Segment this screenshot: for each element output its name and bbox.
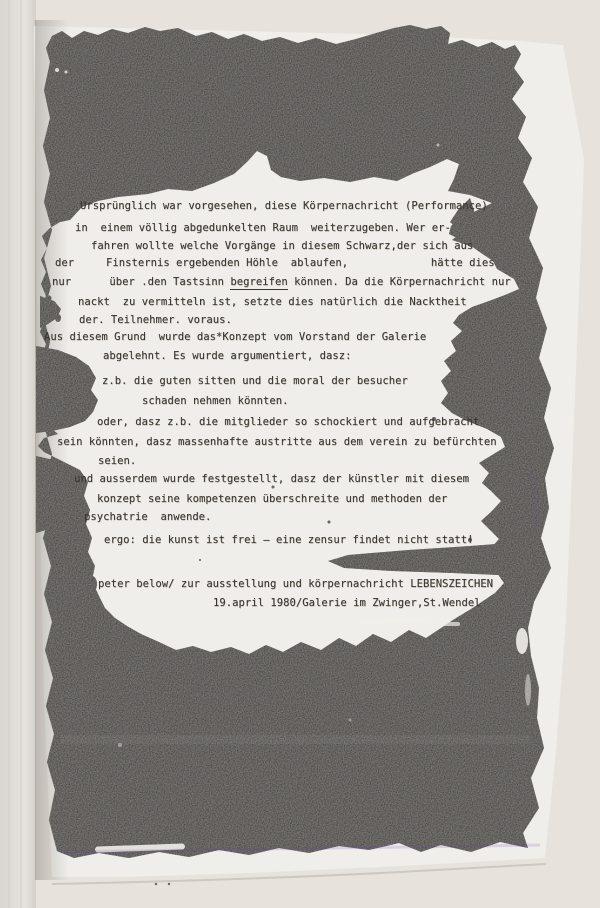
typewritten-line: Ursprünglich war vorgesehen, diese Körpe… — [80, 200, 488, 212]
typewritten-line: Aus diesem Grund wurde das*Konzept vom V… — [44, 331, 426, 343]
typewritten-line: fahren wollte welche Vorgänge in diesem … — [91, 240, 473, 252]
typewritten-line: abgelehnt. Es wurde argumentiert, dasz: — [103, 350, 352, 362]
typewritten-line: ergo: die kunst ist frei — eine zensur f… — [104, 534, 474, 546]
typewritten-line: oder, dasz z.b. die mitglieder so schock… — [97, 416, 479, 428]
typewritten-text-block: Ursprünglich war vorgesehen, diese Körpe… — [0, 0, 600, 908]
typewritten-line: psychatrie anwende. — [84, 511, 211, 523]
typewritten-line: konzept seine kompetenzen überschreite u… — [97, 493, 447, 505]
underlined-word: begreifen — [230, 276, 287, 290]
typewritten-line: peter below/ zur ausstellung und körpern… — [98, 578, 493, 590]
typewritten-line: z.b. die guten sitten und die moral der … — [102, 375, 408, 387]
typewritten-line: schaden nehmen könnten. — [142, 395, 289, 407]
typewritten-line: sein könnten, dasz massenhafte austritte… — [57, 436, 497, 448]
typewritten-line-segment: können. Da die Körpernachricht nur — [288, 276, 511, 288]
typewritten-line: der. Teilnehmer. voraus. — [79, 314, 232, 326]
typewritten-line: und ausserdem wurde festgestellt, dasz d… — [74, 473, 469, 485]
typewritten-line: 19.april 1980/Galerie im Zwinger,St.Wend… — [213, 597, 481, 609]
typewritten-line: der Finsternis ergebenden Höhle ablaufen… — [55, 257, 495, 269]
typewritten-line: seien. — [98, 455, 136, 467]
photographed-book-page: Ursprünglich war vorgesehen, diese Körpe… — [0, 0, 600, 908]
typewritten-line: nur über .den Tastsinn begreifen können.… — [52, 276, 511, 288]
typewritten-line: nackt zu vermitteln ist, setzte dies nat… — [78, 296, 467, 308]
typewritten-line-segment: nur über .den Tastsinn — [52, 276, 230, 288]
typewritten-line: in einem völlig abgedunkelten Raum weite… — [75, 222, 451, 234]
